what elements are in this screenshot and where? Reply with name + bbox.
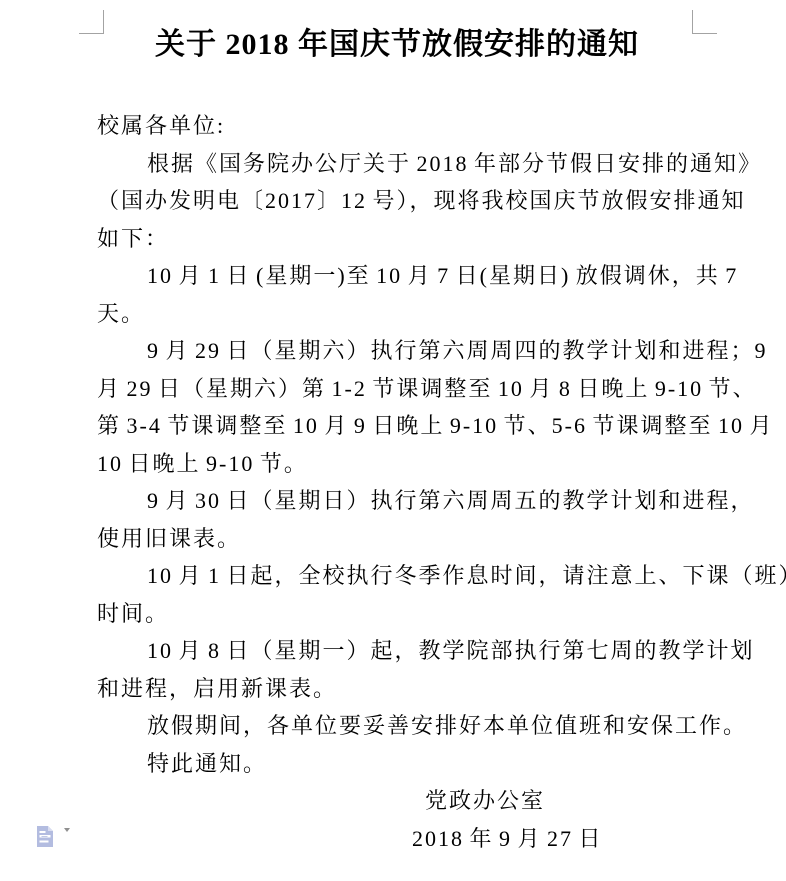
body-line: 月 29 日（星期六）第 1-2 节课调整至 10 月 8 日晚上 9-10 节… <box>97 370 737 408</box>
body-line: 特此通知。 <box>97 745 737 783</box>
body-line: 10 月 1 日起，全校执行冬季作息时间，请注意上、下课（班） <box>97 557 737 595</box>
body-line: 第 3-4 节课调整至 10 月 9 日晚上 9-10 节、5-6 节课调整至 … <box>97 407 737 445</box>
body-line: 和进程，启用新课表。 <box>97 670 737 708</box>
signature-date: 2018 年 9 月 27 日 <box>412 820 737 858</box>
body-line: 10 月 1 日 (星期一)至 10 月 7 日(星期日) 放假调休，共 7 <box>97 257 737 295</box>
body-line: （国办发明电〔2017〕12 号），现将我校国庆节放假安排通知 <box>97 182 737 220</box>
body-line: 校属各单位: <box>97 107 737 145</box>
signature-office: 党政办公室 <box>425 782 737 820</box>
body-line: 时间。 <box>97 595 737 633</box>
body-line: 9 月 30 日（星期日）执行第六周周五的教学计划和进程， <box>97 482 737 520</box>
document-body[interactable]: 校属各单位: 根据《国务院办公厅关于 2018 年部分节假日安排的通知》 （国办… <box>97 107 737 857</box>
chevron-down-icon[interactable] <box>63 832 72 850</box>
body-line: 10 月 8 日（星期一）起，教学院部执行第七周的教学计划 <box>97 632 737 670</box>
page-title: 关于 2018 年国庆节放假安排的通知 <box>97 22 697 68</box>
body-line: 根据《国务院办公厅关于 2018 年部分节假日安排的通知》 <box>97 145 737 183</box>
paste-options-widget[interactable] <box>36 826 72 850</box>
body-line: 9 月 29 日（星期六）执行第六周周四的教学计划和进程；9 <box>97 332 737 370</box>
paste-document-icon <box>36 826 54 847</box>
body-line: 使用旧课表。 <box>97 520 737 558</box>
body-line: 天。 <box>97 295 737 333</box>
body-line: 放假期间，各单位要妥善安排好本单位值班和安保工作。 <box>97 707 737 745</box>
body-line: 10 日晚上 9-10 节。 <box>97 445 737 483</box>
document-page[interactable]: 关于 2018 年国庆节放假安排的通知 校属各单位: 根据《国务院办公厅关于 2… <box>0 0 786 881</box>
body-line: 如下： <box>97 220 737 258</box>
